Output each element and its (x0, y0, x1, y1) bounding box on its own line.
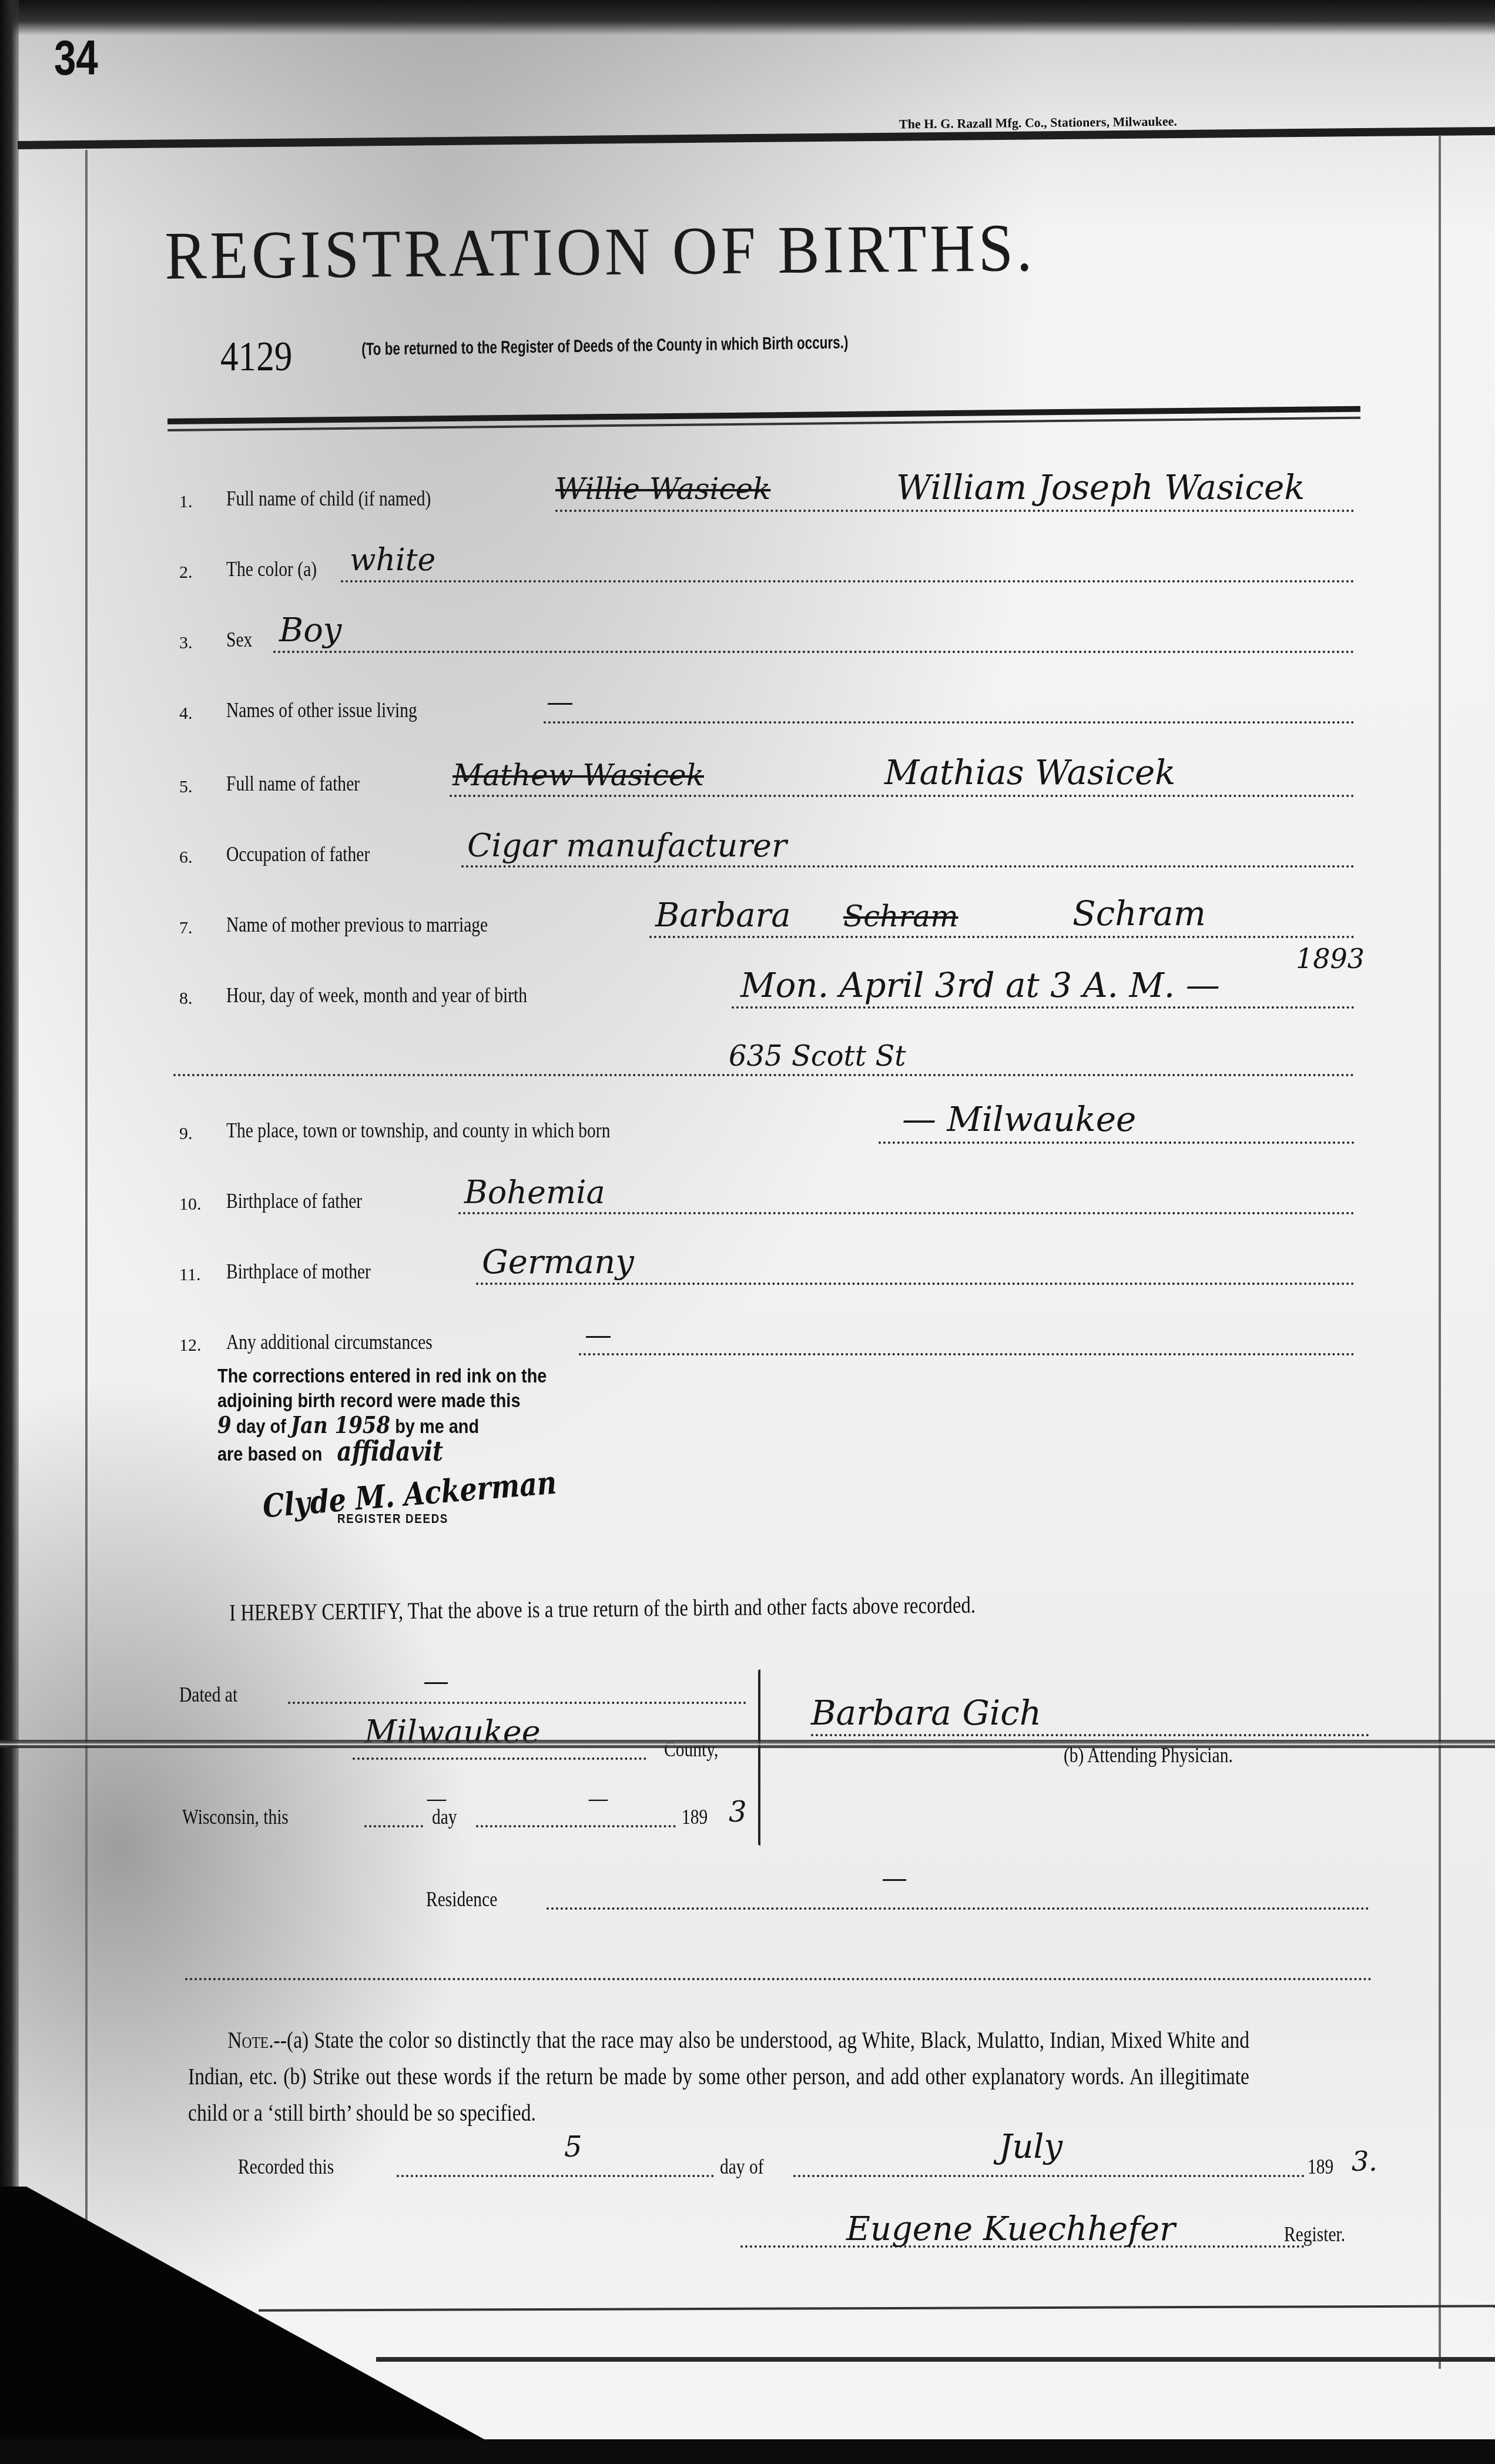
field-color: 2. The color (a) white (179, 544, 1355, 585)
field-birth-datetime: 8. Hour, day of week, month and year of … (179, 970, 1355, 1011)
fill-line (544, 721, 1355, 724)
field-number: 1. (179, 492, 203, 512)
register-signature: Eugene Kuechhefer (846, 2210, 1175, 2248)
year-annotation: 1893 (1296, 943, 1365, 975)
field-number: 11. (179, 1265, 203, 1285)
fill-line (341, 580, 1355, 582)
note-text: --(a) State the color so distinctly that… (188, 2027, 1249, 2126)
field-label: The place, town or township, and county … (226, 1118, 610, 1143)
field-label: Birthplace of father (226, 1189, 362, 1213)
handwritten-entry: Germany (482, 1243, 634, 1281)
dated-at-value: — (423, 1666, 449, 1696)
bracket-divider (758, 1669, 763, 1846)
physician-signature: Barbara Gich (811, 1693, 1041, 1733)
document-page: 34 The H. G. Razall Mfg. Co., Stationers… (0, 0, 1495, 2464)
stamp-basis-line: are based on affidavit (217, 1439, 557, 1467)
field-number: 3. (179, 633, 203, 653)
field-label: Names of other issue living (226, 698, 417, 722)
field-additional-circumstances: 12. Any additional circumstances — (179, 1317, 1355, 1358)
month-line (476, 1825, 676, 1827)
physician-label: (b) Attending Physician. (1064, 1743, 1233, 1767)
field-label: Full name of child (if named) (226, 486, 431, 511)
registration-number: 4129 (220, 332, 292, 381)
residence-label: Residence (426, 1887, 497, 1911)
field-label: Sex (226, 627, 252, 652)
field-label: Occupation of father (226, 842, 370, 866)
bottom-rule-1 (259, 2305, 1495, 2311)
struck-entry: Mathew Wasicek (452, 758, 704, 792)
left-margin-line (85, 150, 88, 2325)
stamp-line: adjoining birth record were made this (217, 1388, 557, 1413)
form-title: REGISTRATION OF BIRTHS. (165, 209, 1035, 296)
recorded-year-suffix: 3. (1352, 2145, 1377, 2177)
blank-line (185, 1978, 1372, 1980)
cert-day-label: day (432, 1805, 457, 1829)
stamp-basis-label: are based on (217, 1443, 322, 1465)
wisconsin-label: Wisconsin, this (182, 1805, 289, 1829)
field-label: Full name of father (226, 771, 360, 796)
county-line (353, 1757, 646, 1760)
correction-stamp: The corrections entered in red ink on th… (217, 1364, 557, 1531)
field-number: 5. (179, 777, 203, 797)
field-sex: 3. Sex Boy (179, 614, 1355, 655)
stamp-basis-value: affidavit (337, 1435, 443, 1467)
field-father-birthplace: 10. Birthplace of father Bohemia (179, 1176, 1355, 1217)
form-note: Note.--(a) State the color so distinctly… (188, 2022, 1249, 2131)
cert-month-value: — (588, 1787, 609, 1811)
day-line (364, 1825, 423, 1827)
fill-line (173, 1074, 1355, 1076)
cert-year-prefix: 189 (682, 1805, 708, 1829)
physician-line (811, 1734, 1369, 1736)
recorded-year-prefix: 189 (1308, 2154, 1333, 2179)
handwritten-entry: white (350, 543, 435, 578)
handwritten-entry: Mathias Wasicek (884, 752, 1175, 792)
handwritten-entry: — (585, 1319, 612, 1351)
field-father-occupation: 6. Occupation of father Cigar manufactur… (179, 829, 1355, 870)
field-number: 4. (179, 704, 203, 724)
recorded-label: Recorded this (238, 2154, 334, 2179)
printer-credit: The H. G. Razall Mfg. Co., Stationers, M… (899, 114, 1177, 132)
handwritten-entry: Mon. April 3rd at 3 A. M. — (740, 965, 1220, 1005)
residence-value: — (881, 1863, 907, 1893)
recorded-day-line (397, 2175, 714, 2177)
field-label: Name of mother previous to marriage (226, 912, 488, 937)
scan-fold-line (0, 1740, 1495, 1748)
handwritten-entry: — Milwaukee (902, 1099, 1136, 1139)
handwritten-entry: Schram (1072, 893, 1206, 933)
scan-left-edge (0, 0, 19, 2464)
field-label: Birthplace of mother (226, 1259, 371, 1284)
field-number: 7. (179, 918, 203, 938)
page-number: 34 (54, 29, 98, 86)
fill-line (879, 1141, 1355, 1144)
stamp-line: The corrections entered in red ink on th… (217, 1364, 557, 1388)
scan-top-edge (0, 0, 1495, 35)
fill-line (476, 1283, 1355, 1285)
form-subtitle: (To be returned to the Register of Deeds… (361, 333, 849, 360)
cert-year-suffix: 3 (729, 1796, 747, 1829)
handwritten-entry: William Joseph Wasicek (896, 467, 1305, 507)
fill-line (649, 936, 1355, 938)
fill-line (273, 651, 1355, 653)
bottom-rule-2 (376, 2357, 1495, 2362)
header-rule (18, 127, 1495, 149)
handwritten-entry-first: Barbara (655, 896, 791, 935)
certification-statement: I HEREBY CERTIFY, That the above is a tr… (229, 1591, 976, 1626)
field-number: 10. (179, 1194, 203, 1214)
handwritten-entry: — (547, 686, 574, 718)
stamp-month-year: Jan 1958 (291, 1411, 390, 1439)
handwritten-entry: Bohemia (464, 1174, 605, 1211)
fill-line (579, 1353, 1355, 1355)
fill-line (555, 510, 1355, 512)
field-number: 9. (179, 1124, 203, 1144)
field-label: The color (a) (226, 557, 317, 581)
handwritten-entry: 635 Scott St (729, 1040, 906, 1073)
right-border-line (1439, 135, 1441, 2369)
handwritten-entry: Boy (279, 611, 342, 650)
fill-line (458, 1212, 1355, 1214)
field-label: Any additional circumstances (226, 1330, 433, 1354)
recorded-month-value: July (999, 2128, 1062, 2166)
field-mother-birthplace: 11. Birthplace of mother Germany (179, 1246, 1355, 1287)
fill-line (732, 1006, 1355, 1009)
title-double-rule (167, 406, 1360, 433)
field-child-name: 1. Full name of child (if named) Willie … (179, 473, 1355, 514)
dated-at-line (288, 1702, 746, 1704)
field-birth-continuation: 635 Scott St (179, 1037, 1355, 1079)
stamp-day-label: day of (236, 1415, 286, 1438)
fill-line (450, 795, 1355, 797)
handwritten-entry: Cigar manufacturer (467, 827, 787, 864)
dated-at-label: Dated at (179, 1682, 237, 1707)
field-number: 8. (179, 989, 203, 1009)
residence-line (547, 1907, 1369, 1910)
recorded-day-value: 5 (564, 2131, 582, 2164)
recorded-day-of-label: day of (720, 2154, 764, 2179)
field-number: 12. (179, 1335, 203, 1355)
fill-line (461, 865, 1355, 868)
scan-bottom-edge (0, 2439, 1495, 2464)
struck-entry: Willie Wasicek (555, 472, 770, 506)
scan-corner-shadow (0, 2187, 529, 2464)
recorded-month-line (793, 2175, 1305, 2177)
note-prefix: Note. (227, 2027, 273, 2053)
field-father-name: 5. Full name of father Mathew Wasicek Ma… (179, 758, 1355, 799)
stamp-line-tail: by me and (395, 1415, 479, 1438)
field-number: 6. (179, 848, 203, 868)
field-number: 2. (179, 563, 203, 582)
field-label: Hour, day of week, month and year of bir… (226, 983, 527, 1007)
register-label: Register. (1284, 2222, 1345, 2247)
field-mother-maiden-name: 7. Name of mother previous to marriage B… (179, 899, 1355, 940)
stamp-day: 9 (217, 1411, 232, 1439)
field-birth-place: 9. The place, town or township, and coun… (179, 1105, 1355, 1146)
field-other-issue: 4. Names of other issue living — (179, 685, 1355, 726)
struck-entry: Schram (843, 899, 958, 933)
